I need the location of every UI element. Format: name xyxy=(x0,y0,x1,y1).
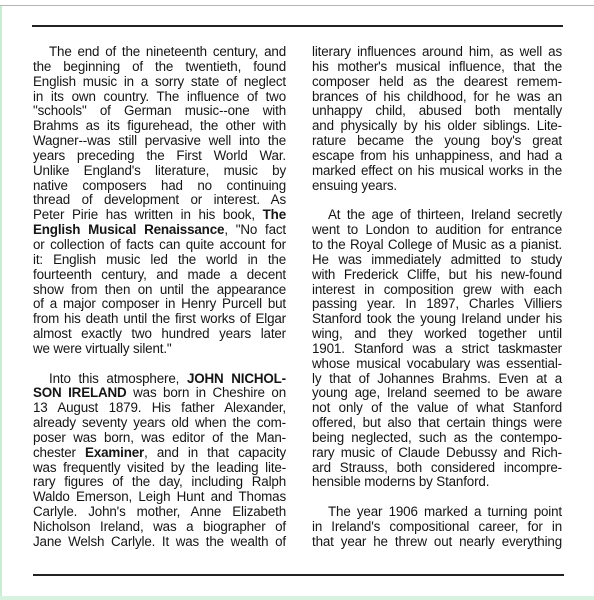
paragraph-childhood: literary influences around him, as well … xyxy=(312,45,562,193)
text-line: rature became the young boy's great xyxy=(312,134,562,149)
text-line: to the Royal College of Music as a piani… xyxy=(312,238,562,253)
text-line: Stanford took the young Ireland under hi… xyxy=(312,312,562,327)
text-line: years preceding the First World War. xyxy=(33,149,286,164)
text-line: almost exactly two hundred years later xyxy=(33,327,286,342)
text-line: from his death until the first works of … xyxy=(33,312,286,327)
text-line: native composers had no continuing xyxy=(33,179,286,194)
text-line: whose musical vocabulary was essential- xyxy=(312,357,562,372)
text-line: literary influences around him, as well … xyxy=(312,45,562,60)
text-line: we were virtually silent." xyxy=(33,342,286,357)
text-line: The end of the nineteenth century, and xyxy=(33,45,286,60)
book-title: The xyxy=(263,207,286,222)
page-top-edge xyxy=(0,5,594,6)
text-fragment: chester xyxy=(33,445,76,460)
text-line: He was immediately admitted to study xyxy=(312,253,562,268)
text-line: being neglected, such as the contempo- xyxy=(312,431,562,446)
text-line: rary music of Claude Debussy and Rich- xyxy=(312,446,562,461)
text-line: was frequently visited by the leading li… xyxy=(33,461,286,476)
text-line: hensible moderns by Stanford. xyxy=(312,475,562,490)
text-line: Jane Welsh Carlyle. It was the wealth of xyxy=(33,535,286,550)
text-line: show from then on until the appearance xyxy=(33,283,286,298)
text-line: Waldo Emerson, Leigh Hunt and Thomas xyxy=(33,490,286,505)
text-line: it: English music led the world in the xyxy=(33,253,286,268)
text-line: the beginning of the twentieth, found xyxy=(33,60,286,75)
text-line: already seventy years old when the com- xyxy=(33,416,286,431)
composer-name: SON IRELAND xyxy=(33,385,127,400)
text-line: in Ireland's compositional career, for i… xyxy=(312,520,562,535)
text-line: chester Examiner, and in that capacity xyxy=(33,446,286,461)
text-line: ly that of Johannes Brahms. Even at a xyxy=(312,372,562,387)
text-line: "schools" of German music--one with xyxy=(33,104,286,119)
paragraph-intro: The end of the nineteenth century, and t… xyxy=(33,45,286,357)
text-line: English Musical Renaissance, "No fact xyxy=(33,223,286,238)
text-line: in its own country. The influence of two xyxy=(33,90,286,105)
top-rule xyxy=(32,25,563,27)
text-line: poser was born, was editor of the Man- xyxy=(33,431,286,446)
text-line: or collection of facts can quite account… xyxy=(33,238,286,253)
text-line: 13 August 1879. His father Alexander, xyxy=(33,401,286,416)
text-line: At the age of thirteen, Ireland secretly xyxy=(312,208,562,223)
newspaper-title: Examiner xyxy=(85,445,144,460)
text-line: Into this atmosphere, JOHN NICHOL- xyxy=(33,372,286,387)
paragraph-gap xyxy=(33,357,286,372)
text-fragment: Into this atmosphere, xyxy=(49,371,179,386)
text-fragment: Peter Pirie has written in his book, xyxy=(33,207,255,222)
bottom-rule xyxy=(33,574,564,576)
text-line: offered, but also that certain things we… xyxy=(312,416,562,431)
paragraph-1906: The year 1906 marked a turning point in … xyxy=(312,505,562,550)
text-line: fourteenth century, and made a decent xyxy=(33,268,286,283)
text-fragment: , "No fact xyxy=(224,222,286,237)
text-line: young age, Ireland seemed to be aware xyxy=(312,386,562,401)
text-line: Brahms as its figurehead, the other with xyxy=(33,119,286,134)
page-bottom-edge xyxy=(0,596,594,600)
paragraph-gap xyxy=(312,193,562,208)
page-left-edge xyxy=(0,6,2,600)
text-line: composer held as the dearest remem- xyxy=(312,75,562,90)
text-line: English music in a sorry state of neglec… xyxy=(33,75,286,90)
book-title: English Musical Renaissance xyxy=(33,222,224,237)
left-column: The end of the nineteenth century, and t… xyxy=(33,45,286,550)
right-column: literary influences around him, as well … xyxy=(312,45,562,550)
paragraph-birth: Into this atmosphere, JOHN NICHOL- SON I… xyxy=(33,372,286,550)
text-line: his mother's musical influence, that the xyxy=(312,60,562,75)
text-line: rary figures of the day, including Ralph xyxy=(33,475,286,490)
text-line: and physically by his older siblings. Li… xyxy=(312,119,562,134)
text-line: ard Strauss, both considered incompre- xyxy=(312,461,562,476)
text-line: Unlike England's literature, music by xyxy=(33,164,286,179)
paragraph-education: At the age of thirteen, Ireland secretly… xyxy=(312,208,562,490)
text-line: The year 1906 marked a turning point xyxy=(312,505,562,520)
text-fragment: , and in that capacity xyxy=(144,445,286,460)
composer-name: JOHN NICHOL- xyxy=(187,371,286,386)
text-line: SON IRELAND was born in Cheshire on xyxy=(33,386,286,401)
text-line: wing, and they worked together until xyxy=(312,327,562,342)
text-line: Nicholson Ireland, was a biographer of xyxy=(33,520,286,535)
text-line: Carlyle. John's mother, Anne Elizabeth xyxy=(33,505,286,520)
text-line: marked effect on his musical works in th… xyxy=(312,164,562,179)
paragraph-gap xyxy=(312,490,562,505)
text-line: interest in composition grew with each xyxy=(312,283,562,298)
text-line: thread of development or interest. As xyxy=(33,193,286,208)
text-line: that year he threw out nearly everything xyxy=(312,535,562,550)
text-line: went to London to audition for entrance xyxy=(312,223,562,238)
text-line: unhappy child, abused both mentally xyxy=(312,104,562,119)
text-line: escape from his unhappiness, and had a xyxy=(312,149,562,164)
text-line: brances of his childhood, for he was an xyxy=(312,90,562,105)
text-line: Wagner--was still pervasive well into th… xyxy=(33,134,286,149)
text-fragment: was born in Cheshire on xyxy=(133,385,286,400)
text-line: 1901. Stanford was a strict taskmaster xyxy=(312,342,562,357)
text-line: not only of the value of what Stanford xyxy=(312,401,562,416)
text-line: with Frederick Cliffe, but his new-found xyxy=(312,268,562,283)
text-line: Peter Pirie has written in his book, The xyxy=(33,208,286,223)
text-line: ensuing years. xyxy=(312,179,562,194)
text-line: of a major composer in Henry Purcell but xyxy=(33,297,286,312)
text-line: passing year. In 1897, Charles Villiers xyxy=(312,297,562,312)
